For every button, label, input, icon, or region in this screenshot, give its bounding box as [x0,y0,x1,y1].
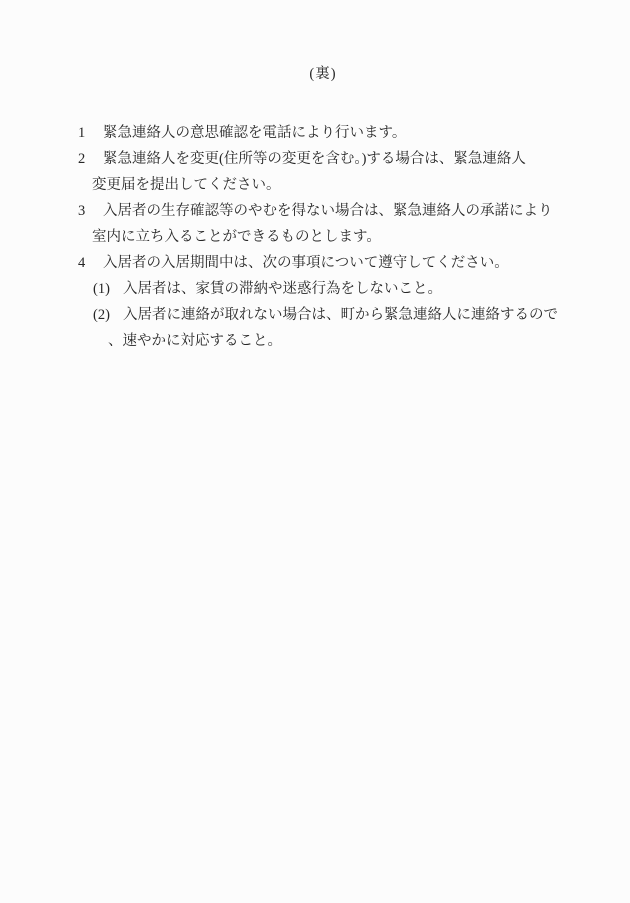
item-3-continuation: 室内に立ち入ることができるものとします。 [78,224,598,250]
item-number: 4 [78,250,103,276]
sub-item-number: (2) [93,302,123,328]
item-number: 1 [78,120,103,146]
numbered-item-1: 1緊急連絡人の意思確認を電話により行います。 [78,120,598,146]
numbered-item-3: 3入居者の生存確認等のやむを得ない場合は、緊急連絡人の承諾により [78,198,598,224]
item-text: 入居者に連絡が取れない場合は、町から緊急連絡人に連絡するので [123,307,558,323]
item-text: 入居者の入居期間中は、次の事項について遵守してください。 [103,255,509,271]
item-text: 、速やかに対応すること。 [108,333,282,349]
item-number: 3 [78,198,103,224]
sub-item-number: (1) [93,276,123,302]
numbered-item-2: 2緊急連絡人を変更(住所等の変更を含む。)する場合は、緊急連絡人 [78,146,598,172]
item-text: 変更届を提出してください。 [92,177,281,193]
item-text: 入居者の生存確認等のやむを得ない場合は、緊急連絡人の承諾により [103,203,553,219]
sub-item-1: (1)入居者は、家賃の滞納や迷惑行為をしないこと。 [78,276,598,302]
document-page: (裏) 1緊急連絡人の意思確認を電話により行います。 2緊急連絡人を変更(住所等… [0,0,630,903]
sub-item-2: (2)入居者に連絡が取れない場合は、町から緊急連絡人に連絡するので [78,302,598,328]
item-text: 室内に立ち入ることができるものとします。 [92,229,381,245]
item-number: 2 [78,146,103,172]
document-body: 1緊急連絡人の意思確認を電話により行います。 2緊急連絡人を変更(住所等の変更を… [78,120,598,354]
item-text: 緊急連絡人の意思確認を電話により行います。 [103,125,406,141]
page-title: (裏) [8,61,630,87]
item-text: 入居者は、家賃の滞納や迷惑行為をしないこと。 [123,281,442,297]
numbered-item-4: 4入居者の入居期間中は、次の事項について遵守してください。 [78,250,598,276]
item-text: 緊急連絡人を変更(住所等の変更を含む。)する場合は、緊急連絡人 [103,151,526,167]
sub-item-2-continuation: 、速やかに対応すること。 [78,328,598,354]
item-2-continuation: 変更届を提出してください。 [78,172,598,198]
